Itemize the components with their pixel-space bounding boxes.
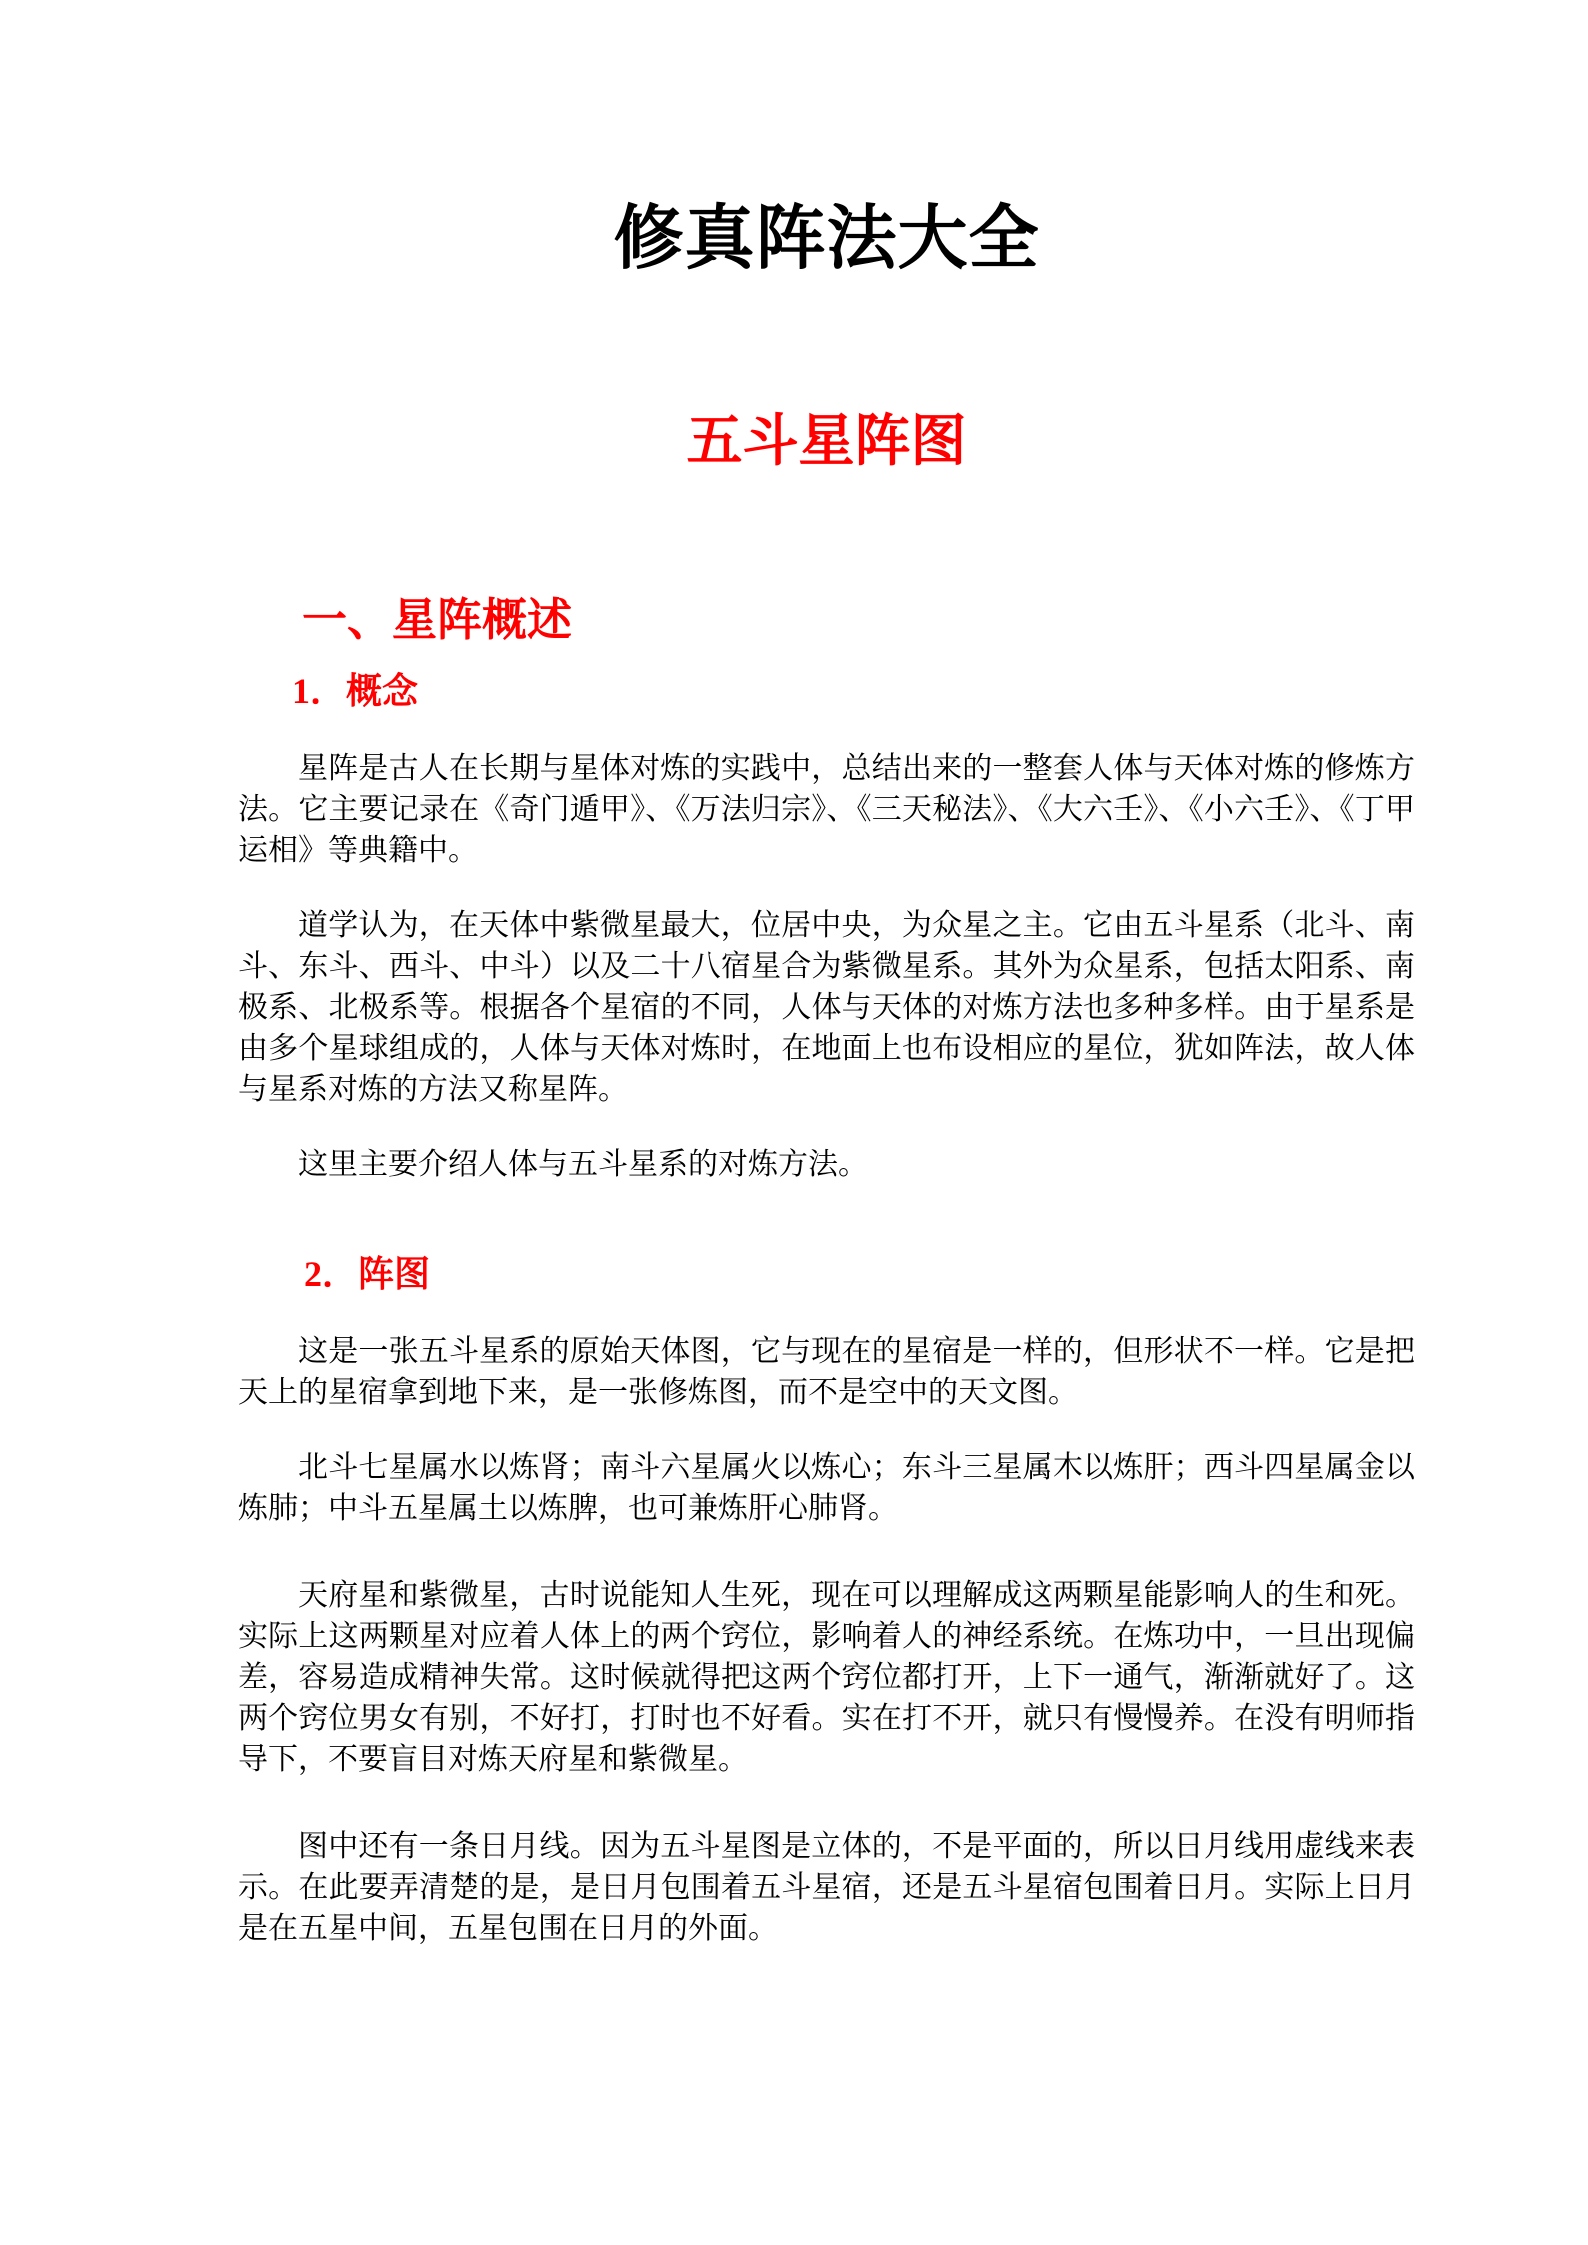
paragraph-concept-1: 星阵是古人在长期与星体对炼的实践中，总结出来的一整套人体与天体对炼的修炼方法。它… — [238, 748, 1415, 871]
paragraph-diagram-2: 北斗七星属水以炼肾；南斗六星属火以炼心；东斗三星属木以炼肝；西斗四星属金以炼肺；… — [238, 1447, 1415, 1529]
paragraph-diagram-1: 这是一张五斗星系的原始天体图，它与现在的星宿是一样的，但形状不一样。它是把天上的… — [238, 1331, 1415, 1413]
document-title: 修真阵法大全 — [238, 198, 1415, 282]
paragraph-diagram-3: 天府星和紫微星，古时说能知人生死，现在可以理解成这两颗星能影响人的生和死。实际上… — [238, 1575, 1415, 1780]
document-subtitle: 五斗星阵图 — [238, 410, 1415, 474]
section-heading-overview: 一、星阵概述 — [302, 592, 1415, 648]
subsection-heading-concept: 1．概念 — [292, 668, 1415, 714]
paragraph-concept-2: 道学认为，在天体中紫微星最大，位居中央，为众星之主。它由五斗星系（北斗、南斗、东… — [238, 905, 1415, 1110]
subsection-heading-diagram: 2．阵图 — [304, 1251, 1415, 1297]
paragraph-concept-3: 这里主要介绍人体与五斗星系的对炼方法。 — [238, 1144, 1415, 1185]
document-page: 修真阵法大全 五斗星阵图 一、星阵概述 1．概念 星阵是古人在长期与星体对炼的实… — [0, 0, 1588, 2245]
paragraph-diagram-4: 图中还有一条日月线。因为五斗星图是立体的，不是平面的，所以日月线用虚线来表示。在… — [238, 1826, 1415, 1949]
